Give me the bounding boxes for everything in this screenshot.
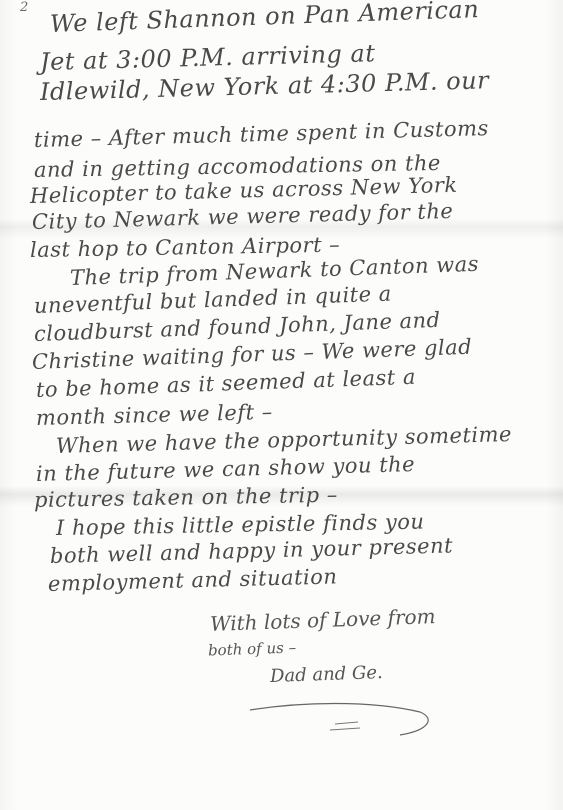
closing-line: both of us – — [208, 638, 297, 659]
page-number: 2 — [20, 0, 28, 15]
signature-flourish — [240, 690, 440, 750]
signature: Dad and Ge. — [270, 662, 383, 687]
